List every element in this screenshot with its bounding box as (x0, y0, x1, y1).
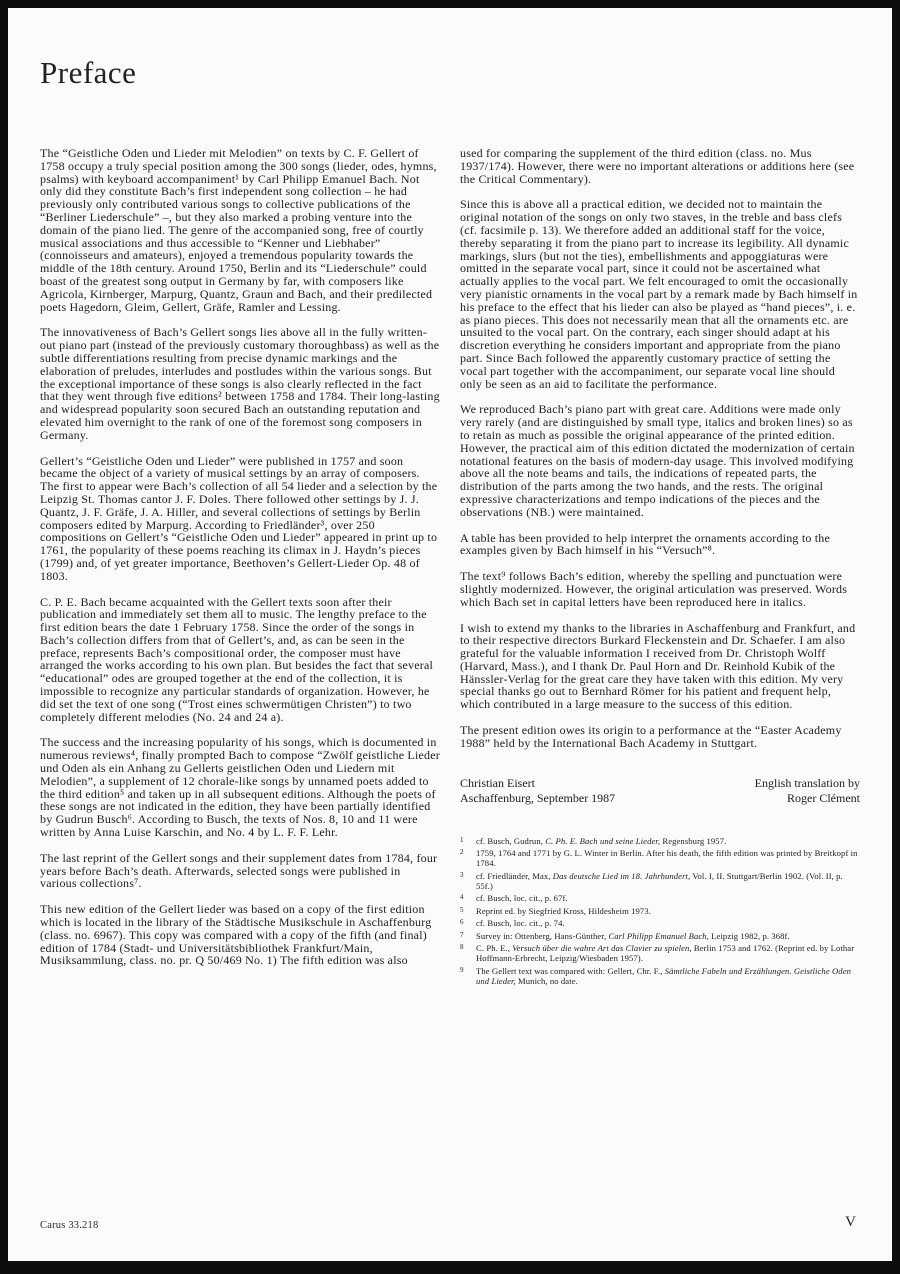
footnote-number: 1 (460, 835, 476, 845)
footnote-text-title: Versuch über die wahre Art das Clavier z… (512, 943, 691, 953)
footnote-item: 3 cf. Friedländer, Max, Das deutsche Lie… (460, 871, 860, 891)
footnote-text-plain: Munich, no date. (516, 976, 578, 986)
author-signature: Christian Eisert Aschaffenburg, Septembe… (460, 776, 615, 806)
footnote-text-plain: cf. Busch, Gudrun, (476, 836, 545, 846)
footnote-text-plain: cf. Busch, loc. cit., p. 67f. (476, 893, 568, 903)
footnote-text: cf. Busch, loc. cit., p. 67f. (476, 893, 860, 903)
footnote-text-title: Das deutsche Lied im 18. Jahrhundert, (553, 871, 690, 881)
preface-paragraph: We reproduced Bach’s piano part with gre… (460, 403, 860, 518)
preface-paragraph: Gellert’s “Geistliche Oden und Lieder” w… (40, 455, 440, 583)
page-title: Preface (40, 55, 892, 91)
footnote-text-plain: The Gellert text was compared with: Gell… (476, 966, 665, 976)
signature-block: Christian Eisert Aschaffenburg, Septembe… (460, 776, 860, 806)
footnote-item: 5 Reprint ed. by Siegfried Kross, Hildes… (460, 906, 860, 916)
translation-credit-label: English translation by (755, 776, 860, 791)
preface-paragraph: The success and the increasing popularit… (40, 736, 440, 838)
footnote-text: Survey in: Ottenberg, Hans-Günther, Carl… (476, 931, 860, 941)
footnote-item: 2 1759, 1764 and 1771 by G. L. Winter in… (460, 848, 860, 868)
two-column-text: The “Geistliche Oden und Lieder mit Melo… (40, 147, 860, 988)
preface-paragraph: This new edition of the Gellert lieder w… (40, 903, 440, 967)
footnotes-block: 1 cf. Busch, Gudrun, C. Ph. E. Bach und … (460, 836, 860, 986)
page-footer: Carus 33.218 V (40, 1214, 856, 1231)
signature-place-date: Aschaffenburg, September 1987 (460, 791, 615, 806)
left-column: The “Geistliche Oden und Lieder mit Melo… (40, 147, 440, 988)
footnote-number: 4 (460, 892, 476, 902)
preface-paragraph: The text⁹ follows Bach’s edition, whereb… (460, 570, 860, 608)
footnote-number: 6 (460, 917, 476, 927)
footnote-number: 9 (460, 965, 476, 985)
footnote-item: 4 cf. Busch, loc. cit., p. 67f. (460, 893, 860, 903)
edition-number: Carus 33.218 (40, 1220, 98, 1231)
preface-paragraph: The “Geistliche Oden und Lieder mit Melo… (40, 147, 440, 313)
footnote-number: 5 (460, 905, 476, 915)
preface-paragraph: The innovativeness of Bach’s Gellert son… (40, 326, 440, 441)
scanned-preface-page: Preface The “Geistliche Oden und Lieder … (8, 8, 892, 1261)
footnote-item: 9 The Gellert text was compared with: Ge… (460, 966, 860, 986)
signature-name: Christian Eisert (460, 776, 615, 791)
preface-paragraph: The last reprint of the Gellert songs an… (40, 852, 440, 890)
preface-paragraph: I wish to extend my thanks to the librar… (460, 622, 860, 712)
footnote-number: 8 (460, 942, 476, 962)
footnote-text-plain: cf. Friedländer, Max, (476, 871, 553, 881)
footnote-item: 6 cf. Busch, loc. cit., p. 74. (460, 918, 860, 928)
page-number: V (845, 1214, 856, 1231)
footnote-number: 2 (460, 847, 476, 867)
footnote-text-plain: Reprint ed. by Siegfried Kross, Hildeshe… (476, 906, 651, 916)
preface-paragraph: Since this is above all a practical edit… (460, 198, 860, 390)
preface-paragraph: A table has been provided to help interp… (460, 532, 860, 558)
footnote-text: cf. Busch, Gudrun, C. Ph. E. Bach und se… (476, 836, 860, 846)
translator-name: Roger Clément (755, 791, 860, 806)
footnote-text-plain: Leipzig 1982, p. 368f. (709, 931, 790, 941)
footnote-text-title: C. Ph. E. Bach und seine Lieder, (545, 836, 660, 846)
footnote-text-plain: C. Ph. E., (476, 943, 512, 953)
footnote-text-plain: Survey in: Ottenberg, Hans-Günther, (476, 931, 608, 941)
footnote-text-plain: Regensburg 1957. (660, 836, 726, 846)
footnote-item: 7 Survey in: Ottenberg, Hans-Günther, Ca… (460, 931, 860, 941)
footnote-number: 3 (460, 870, 476, 890)
preface-paragraph: C. P. E. Bach became acquainted with the… (40, 596, 440, 724)
footnote-text: The Gellert text was compared with: Gell… (476, 966, 860, 986)
preface-paragraph: used for comparing the supplement of the… (460, 147, 860, 185)
footnote-text: cf. Friedländer, Max, Das deutsche Lied … (476, 871, 860, 891)
footnote-text: 1759, 1764 and 1771 by G. L. Winter in B… (476, 848, 860, 868)
footnote-item: 1 cf. Busch, Gudrun, C. Ph. E. Bach und … (460, 836, 860, 846)
footnote-text: Reprint ed. by Siegfried Kross, Hildeshe… (476, 906, 860, 916)
translator-credit: English translation by Roger Clément (755, 776, 860, 806)
right-column: used for comparing the supplement of the… (460, 147, 860, 988)
footnote-item: 8 C. Ph. E., Versuch über die wahre Art … (460, 943, 860, 963)
footnote-number: 7 (460, 930, 476, 940)
footnote-text-plain: cf. Busch, loc. cit., p. 74. (476, 918, 565, 928)
preface-paragraph: The present edition owes its origin to a… (460, 724, 860, 750)
footnote-text: C. Ph. E., Versuch über die wahre Art da… (476, 943, 860, 963)
footnote-text-title: Carl Philipp Emanuel Bach, (608, 931, 708, 941)
footnote-text: cf. Busch, loc. cit., p. 74. (476, 918, 860, 928)
footnote-text-plain: 1759, 1764 and 1771 by G. L. Winter in B… (476, 848, 858, 868)
